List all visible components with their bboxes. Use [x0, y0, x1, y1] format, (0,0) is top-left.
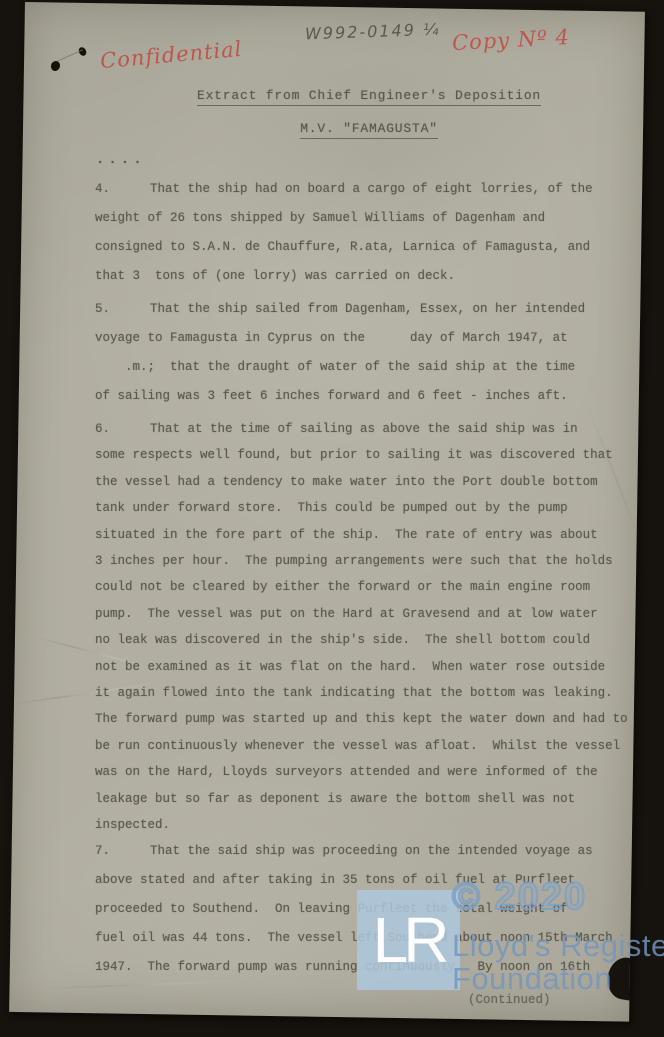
- paragraph-number: 5.: [95, 295, 150, 324]
- watermark-name-line2: Foundation: [452, 961, 612, 997]
- lloyds-register-logo: LR: [357, 890, 460, 990]
- paragraph-4: 4.That the ship had on board a cargo of …: [95, 175, 647, 291]
- lr-logo-text: LR: [373, 903, 445, 977]
- paragraph-text: That at the time of sailing as above the…: [95, 422, 628, 832]
- paragraph-number: 4.: [95, 175, 150, 204]
- paragraph-5: 5.That the ship sailed from Dagenham, Es…: [95, 295, 647, 411]
- staple-hole: [50, 60, 62, 72]
- watermark-copyright: © 2020: [452, 876, 587, 919]
- ellipsis-mark: ....: [96, 152, 146, 168]
- staple-scratch: [57, 49, 83, 61]
- document-subtitle: M.V. "FAMAGUSTA": [300, 121, 438, 139]
- confidential-annotation: Confidential: [99, 37, 243, 73]
- watermark-name-line1: Lloyd's Register: [452, 928, 664, 964]
- document-content: W992-0149 ¼ Copy Nº 4 Confidential Extra…: [0, 0, 664, 1037]
- paragraph-number: 7.: [95, 837, 150, 866]
- document-title: Extract from Chief Engineer's Deposition: [197, 88, 541, 106]
- paragraph-text: That the ship had on board a cargo of ei…: [95, 182, 593, 283]
- paragraph-6: 6.That at the time of sailing as above t…: [95, 416, 647, 839]
- pencil-reference-number: W992-0149 ¼: [305, 20, 441, 44]
- paragraph-number: 6.: [95, 416, 150, 442]
- paragraph-text: That the ship sailed from Dagenham, Esse…: [95, 302, 585, 403]
- copy-number-annotation: Copy Nº 4: [451, 25, 570, 55]
